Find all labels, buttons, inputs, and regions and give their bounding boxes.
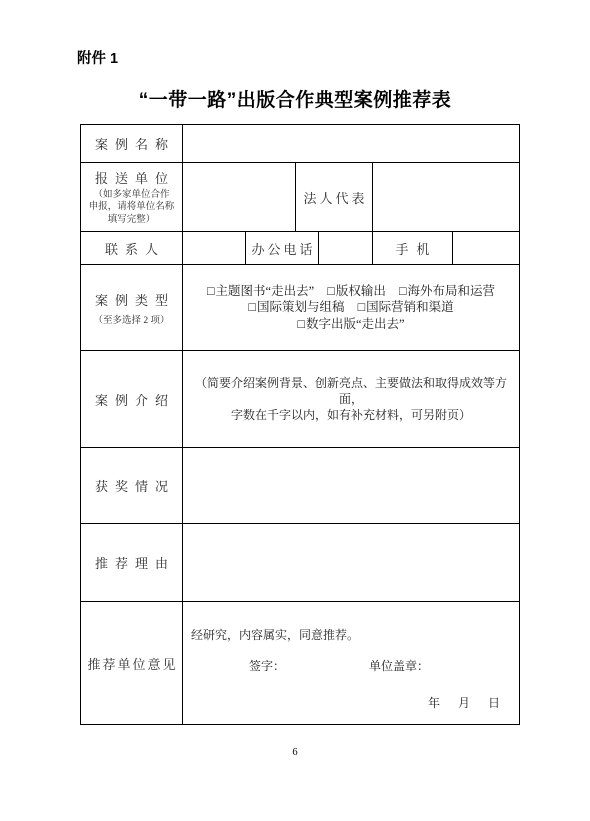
checkbox-option-label: 版权输出 [336,284,386,298]
checkbox-option-overseas-layout[interactable]: □海外布局和运营 [399,284,495,298]
office-phone-label-cell: 办公电话 [246,232,319,265]
checkbox-icon: □ [358,300,366,314]
mobile-value-cell[interactable] [453,232,520,265]
case-type-label: 案例类型 [95,293,175,308]
page-title: “一带一路”出版合作典型案例推荐表 [0,85,590,112]
checkbox-option-label: 数字出版“走出去” [306,317,405,331]
submit-unit-label-cell: 报送单位 （如多家单位合作 申报，请将单位名称 填写完整） [81,163,183,232]
case-type-note: （至多选择 2 项） [83,312,180,326]
seal-label: 单位盖章： [369,657,429,674]
mobile-label: 手机 [395,242,437,257]
submit-unit-value-cell[interactable] [183,163,296,232]
attachment-label: 附件 1 [77,47,118,68]
case-name-value-cell[interactable] [183,125,520,163]
table-row: 案例类型 （至多选择 2 项） □主题图书“走出去” □版权输出 □海外布局和运… [81,265,520,351]
checkbox-line: □国际策划与组稿 □国际营销和渠道 [185,299,517,316]
checkbox-icon: □ [327,284,335,298]
office-phone-label: 办公电话 [251,242,315,257]
legal-rep-label: 法人代表 [303,191,367,206]
case-type-options-cell: □主题图书“走出去” □版权输出 □海外布局和运营 □国际策划与组稿 □国际营销… [183,265,520,351]
checkbox-option-label: 主题图书“走出去” [216,284,315,298]
table-row: 案例名称 [81,125,520,163]
recommendation-form-table: 案例名称 报送单位 （如多家单位合作 申报，请将单位名称 填写完整） 法人代表 … [80,124,520,725]
checkbox-icon: □ [207,284,215,298]
page-number: 6 [0,747,590,758]
opinion-content: 经研究，内容属实，同意推荐。 签字： 单位盖章： 年 月 日 [185,604,517,722]
table-row: 联系人 办公电话 手机 [81,232,520,265]
checkbox-option-copyright-export[interactable]: □版权输出 [327,284,386,298]
opinion-label-cell: 推荐单位意见 [81,602,183,725]
checkbox-option-intl-planning[interactable]: □国际策划与组稿 [248,300,344,314]
checkbox-option-topic-books[interactable]: □主题图书“走出去” [207,284,314,298]
date-day-label: 日 [488,694,500,711]
table-row: 报送单位 （如多家单位合作 申报，请将单位名称 填写完整） 法人代表 [81,163,520,232]
table-row: 推荐理由 [81,524,520,602]
case-intro-label: 案例介绍 [95,393,175,408]
table-row: 推荐单位意见 经研究，内容属实，同意推荐。 签字： 单位盖章： 年 月 日 [81,602,520,725]
checkbox-icon: □ [297,317,305,331]
checkbox-option-intl-marketing[interactable]: □国际营销和渠道 [358,300,454,314]
case-intro-value-cell[interactable]: （简要介绍案例背景、创新亮点、主要做法和取得成效等方面， 字数在千字以内，如有补… [183,351,520,448]
checkbox-icon: □ [399,284,407,298]
table-row: 获奖情况 [81,448,520,524]
checkbox-icon: □ [248,300,256,314]
reason-label-cell: 推荐理由 [81,524,183,602]
awards-label: 获奖情况 [95,479,175,494]
date-month-label: 月 [458,694,470,711]
checkbox-option-label: 海外布局和运营 [408,284,496,298]
opinion-label: 推荐单位意见 [87,657,177,672]
contact-label: 联系人 [105,242,165,257]
table-row: 案例介绍 （简要介绍案例背景、创新亮点、主要做法和取得成效等方面， 字数在千字以… [81,351,520,448]
submit-unit-note: （如多家单位合作 申报，请将单位名称 填写完整） [83,189,180,227]
checkbox-option-label: 国际营销和渠道 [366,300,454,314]
legal-rep-label-cell: 法人代表 [296,163,373,232]
contact-value-cell[interactable] [183,232,246,265]
date-line: 年 月 日 [428,694,500,711]
case-name-label: 案例名称 [95,137,175,152]
reason-value-cell[interactable] [183,524,520,602]
document-page: 附件 1 “一带一路”出版合作典型案例推荐表 案例名称 报送单位 （如多家单位合… [0,0,590,821]
checkbox-option-label: 国际策划与组稿 [257,300,345,314]
mobile-label-cell: 手机 [373,232,453,265]
reason-label: 推荐理由 [95,556,175,571]
checkbox-line: □主题图书“走出去” □版权输出 □海外布局和运营 [185,283,517,300]
awards-value-cell[interactable] [183,448,520,524]
signature-label: 签字： [249,657,285,674]
awards-label-cell: 获奖情况 [81,448,183,524]
date-year-label: 年 [428,694,440,711]
opinion-statement: 经研究，内容属实，同意推荐。 [191,626,359,643]
case-name-label-cell: 案例名称 [81,125,183,163]
checkbox-line: □数字出版“走出去” [185,316,517,333]
legal-rep-value-cell[interactable] [373,163,520,232]
case-intro-label-cell: 案例介绍 [81,351,183,448]
case-intro-hint: （简要介绍案例背景、创新亮点、主要做法和取得成效等方面， 字数在千字以内，如有补… [195,376,507,422]
contact-label-cell: 联系人 [81,232,183,265]
submit-unit-label: 报送单位 [95,171,175,186]
opinion-value-cell[interactable]: 经研究，内容属实，同意推荐。 签字： 单位盖章： 年 月 日 [183,602,520,725]
checkbox-option-digital-publishing[interactable]: □数字出版“走出去” [297,317,404,331]
office-phone-value-cell[interactable] [319,232,373,265]
case-type-label-cell: 案例类型 （至多选择 2 项） [81,265,183,351]
